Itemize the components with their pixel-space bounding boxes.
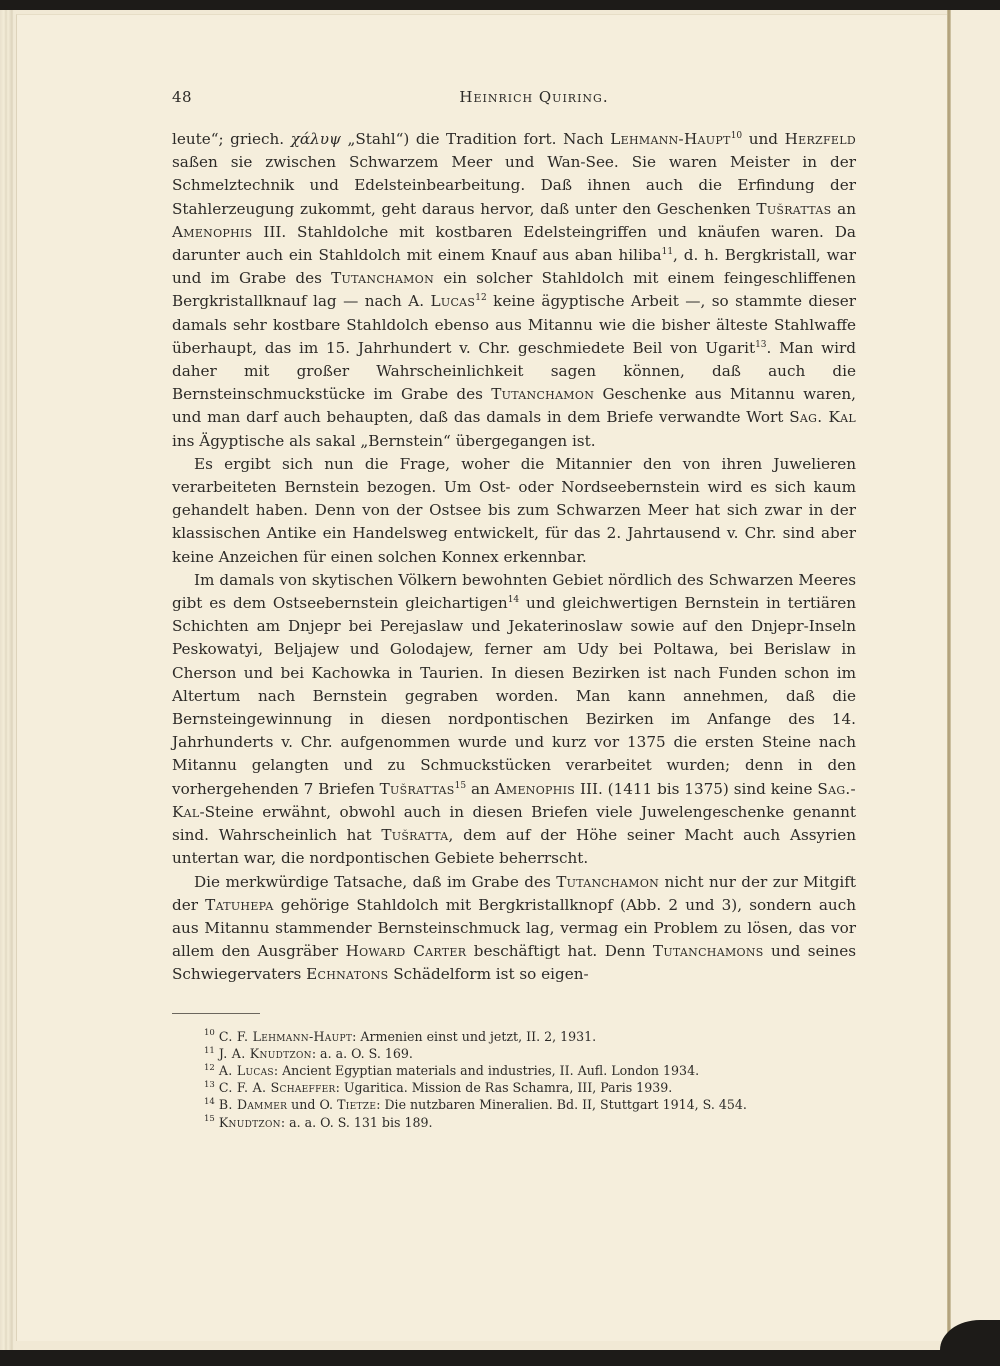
text-run: leute“; griech.	[172, 130, 291, 148]
footnote-author: A. Lucas	[219, 1063, 274, 1078]
small-caps-name: Tušratta	[381, 826, 448, 844]
facing-page-edge	[951, 10, 1000, 1350]
text-run: III. (1411 bis 1375) sind keine	[575, 780, 817, 798]
footnote-text: : Ancient Egyptian materials and industr…	[274, 1063, 699, 1078]
footnote-14: 14B. Dammer und O. Tietze: Die nutzbaren…	[204, 1096, 876, 1113]
small-caps-name: Tutanchamon	[491, 385, 594, 403]
running-head: 48 Heinrich Quiring.	[152, 78, 876, 104]
footnote-rule	[172, 1013, 260, 1014]
small-caps-name: Herzfeld	[785, 130, 856, 148]
text-run: ins Ägyptische als sakal „Bernstein“ übe…	[172, 432, 596, 450]
small-caps-name: Tutanchamon	[331, 269, 434, 287]
paragraph: Es ergibt sich nun die Frage, woher die …	[172, 453, 856, 569]
small-caps-name: Lucas	[430, 292, 475, 310]
footnote-ref[interactable]: 11	[662, 247, 673, 257]
footnote-number: 13	[204, 1080, 215, 1090]
text-run: und gleichwertigen Bernstein in tertiäre…	[172, 594, 856, 798]
text-run: Es ergibt sich nun die Frage, woher die …	[172, 455, 856, 566]
running-head-author: Heinrich Quiring.	[152, 88, 876, 106]
footnote-number: 15	[204, 1114, 215, 1124]
text-run: Die merkwürdige Tatsache, daß im Grabe d…	[194, 873, 556, 891]
page-edges-left	[0, 10, 14, 1350]
footnote-text: : Ugaritica. Mission de Ras Schamra, III…	[336, 1080, 673, 1095]
paragraph: Die merkwürdige Tatsache, daß im Grabe d…	[172, 871, 856, 987]
footnote-ref[interactable]: 13	[755, 340, 766, 350]
paragraph: leute“; griech. χάλυψ „Stahl“) die Tradi…	[172, 128, 856, 453]
scanned-book-spread: 48 Heinrich Quiring. leute“; griech. χάλ…	[0, 0, 1000, 1366]
body-text: leute“; griech. χάλυψ „Stahl“) die Tradi…	[172, 128, 856, 987]
small-caps-name: Tušrattas	[380, 780, 455, 798]
page-content: 48 Heinrich Quiring. leute“; griech. χάλ…	[152, 78, 876, 1131]
text-run: beschäftigt hat. Denn	[466, 942, 653, 960]
footnote-12: 12A. Lucas: Ancient Egyptian materials a…	[204, 1062, 876, 1079]
footnote-number: 14	[204, 1097, 215, 1107]
footnote-ref[interactable]: 14	[508, 595, 519, 605]
greek-word: χάλυψ	[291, 130, 341, 148]
footnote-author: J. A. Knudtzon	[219, 1046, 312, 1061]
footnote-connector: und O.	[287, 1097, 337, 1112]
text-run: saßen sie zwischen Schwarzem Meer und Wa…	[172, 153, 856, 217]
footnote-author: Knudtzon	[219, 1115, 281, 1130]
small-caps-name: Tutanchamons	[653, 942, 764, 960]
text-run: Schädelform ist so eigen-	[388, 965, 588, 983]
small-caps-name: Howard Carter	[346, 942, 467, 960]
footnote-11: 11J. A. Knudtzon: a. a. O. S. 169.	[204, 1045, 876, 1062]
footnote-number: 10	[204, 1028, 215, 1038]
footnote-10: 10C. F. Lehmann-Haupt: Armenien einst un…	[204, 1028, 876, 1045]
footnote-author: Tietze	[337, 1097, 376, 1112]
small-caps-name: Amenophis	[172, 223, 252, 241]
small-caps-name: Tatuhepa	[205, 896, 273, 914]
small-caps-name: Lehmann-Haupt	[610, 130, 730, 148]
small-caps-name: Echnatons	[306, 965, 388, 983]
footnote-13: 13C. F. A. Schaeffer: Ugaritica. Mission…	[204, 1079, 876, 1096]
footnote-author: C. F. Lehmann-Haupt	[219, 1029, 352, 1044]
small-caps-name: Tutanchamon	[556, 873, 659, 891]
small-caps-name: Sag. Kal	[789, 408, 856, 426]
text-run: an	[831, 200, 856, 218]
footnote-15: 15Knudtzon: a. a. O. S. 131 bis 189.	[204, 1114, 876, 1131]
footnotes: 10C. F. Lehmann-Haupt: Armenien einst un…	[204, 1028, 876, 1131]
footnote-author: B. Dammer	[219, 1097, 287, 1112]
footnote-ref[interactable]: 10	[731, 131, 742, 141]
footnote-ref[interactable]: 12	[475, 293, 486, 303]
small-caps-name: Amenophis	[495, 780, 575, 798]
text-run: an	[466, 780, 495, 798]
footnote-number: 12	[204, 1063, 215, 1073]
footnote-author: C. F. A. Schaeffer	[219, 1080, 336, 1095]
footnote-number: 11	[204, 1046, 215, 1056]
footnote-text: : Armenien einst und jetzt, II. 2, 1931.	[352, 1029, 596, 1044]
footnote-text: : a. a. O. S. 169.	[312, 1046, 413, 1061]
small-caps-name: Tušrattas	[756, 200, 831, 218]
text-run: und	[742, 130, 784, 148]
footnote-text: : a. a. O. S. 131 bis 189.	[281, 1115, 433, 1130]
footnote-text: : Die nutzbaren Mineralien. Bd. II, Stut…	[376, 1097, 747, 1112]
paragraph: Im damals von skytischen Völkern bewohnt…	[172, 569, 856, 871]
footnote-ref[interactable]: 15	[455, 781, 466, 791]
text-run: „Stahl“) die Tradition fort. Nach	[341, 130, 610, 148]
